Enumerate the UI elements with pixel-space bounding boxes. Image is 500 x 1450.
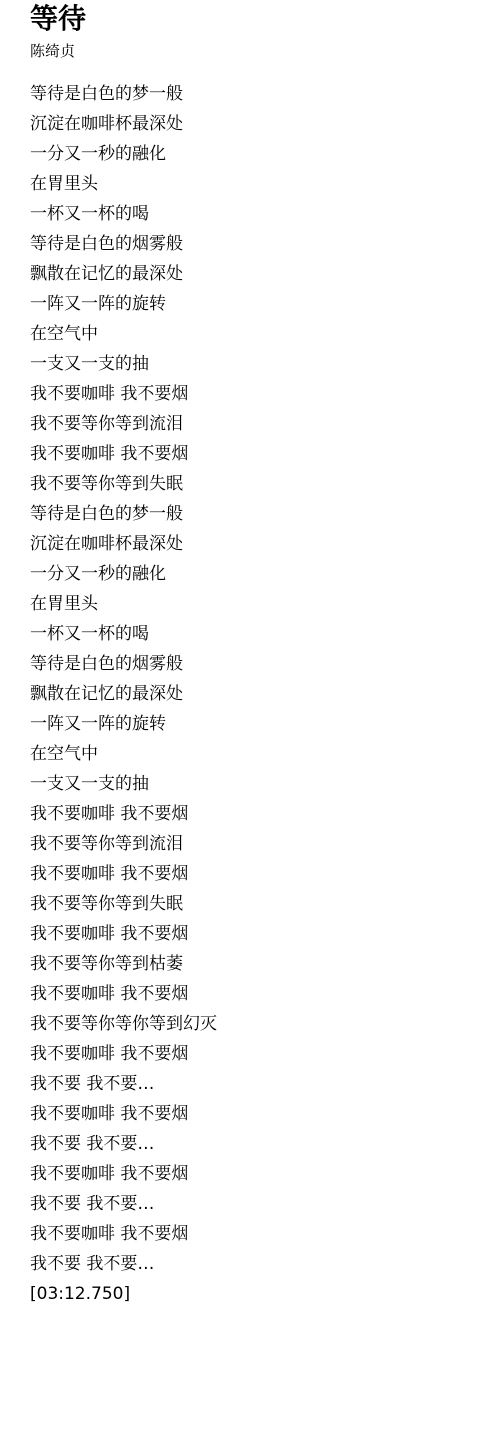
lyric-line: 我不要咖啡 我不要烟: [30, 1159, 480, 1189]
lyric-line: 在空气中: [30, 739, 480, 769]
lyric-line: 在空气中: [30, 319, 480, 349]
lyric-line: 我不要 我不要…: [30, 1129, 480, 1159]
lyrics-block: 等待是白色的梦一般沉淀在咖啡杯最深处一分又一秒的融化在胃里头一杯又一杯的喝等待是…: [30, 79, 480, 1279]
song-title: 等待: [30, 2, 480, 36]
lyric-line: 我不要 我不要…: [30, 1249, 480, 1279]
lyric-line: 一杯又一杯的喝: [30, 199, 480, 229]
lyric-line: 飘散在记忆的最深处: [30, 259, 480, 289]
lyric-line: 沉淀在咖啡杯最深处: [30, 529, 480, 559]
lyric-line: 一分又一秒的融化: [30, 139, 480, 169]
lyric-line: 在胃里头: [30, 589, 480, 619]
lyric-line: 一支又一支的抽: [30, 349, 480, 379]
lyric-line: 我不要咖啡 我不要烟: [30, 979, 480, 1009]
lyric-line: 飘散在记忆的最深处: [30, 679, 480, 709]
lyric-line: 等待是白色的烟雾般: [30, 649, 480, 679]
lyric-line: 在胃里头: [30, 169, 480, 199]
lyric-line: 我不要等你等到枯萎: [30, 949, 480, 979]
lyric-line: 我不要咖啡 我不要烟: [30, 919, 480, 949]
lyric-line: 我不要咖啡 我不要烟: [30, 1039, 480, 1069]
lyric-line: 我不要咖啡 我不要烟: [30, 379, 480, 409]
lyric-line: 一分又一秒的融化: [30, 559, 480, 589]
lyric-line: 一阵又一阵的旋转: [30, 289, 480, 319]
lyric-line: 沉淀在咖啡杯最深处: [30, 109, 480, 139]
lyric-line: 等待是白色的梦一般: [30, 499, 480, 529]
lyric-line: 我不要等你等到流泪: [30, 829, 480, 859]
lyric-line: 我不要咖啡 我不要烟: [30, 799, 480, 829]
lyric-line: 我不要咖啡 我不要烟: [30, 859, 480, 889]
lyric-line: 一支又一支的抽: [30, 769, 480, 799]
lyric-line: 一杯又一杯的喝: [30, 619, 480, 649]
lyric-line: 一阵又一阵的旋转: [30, 709, 480, 739]
lyric-line: 我不要等你等你等到幻灭: [30, 1009, 480, 1039]
lyrics-page: 等待 陈绮贞 等待是白色的梦一般沉淀在咖啡杯最深处一分又一秒的融化在胃里头一杯又…: [0, 0, 500, 1450]
artist-name: 陈绮贞: [30, 40, 480, 62]
lyric-line: 我不要 我不要…: [30, 1069, 480, 1099]
lyric-line: 等待是白色的梦一般: [30, 79, 480, 109]
lyric-line: 我不要等你等到流泪: [30, 409, 480, 439]
timestamp-line: [03:12.750]: [30, 1279, 480, 1309]
lyric-line: 我不要 我不要…: [30, 1189, 480, 1219]
lyric-line: 我不要咖啡 我不要烟: [30, 1219, 480, 1249]
lyric-line: 我不要咖啡 我不要烟: [30, 1099, 480, 1129]
lyric-line: 我不要咖啡 我不要烟: [30, 439, 480, 469]
lyric-line: 我不要等你等到失眠: [30, 889, 480, 919]
lyric-line: 等待是白色的烟雾般: [30, 229, 480, 259]
lyric-line: 我不要等你等到失眠: [30, 469, 480, 499]
